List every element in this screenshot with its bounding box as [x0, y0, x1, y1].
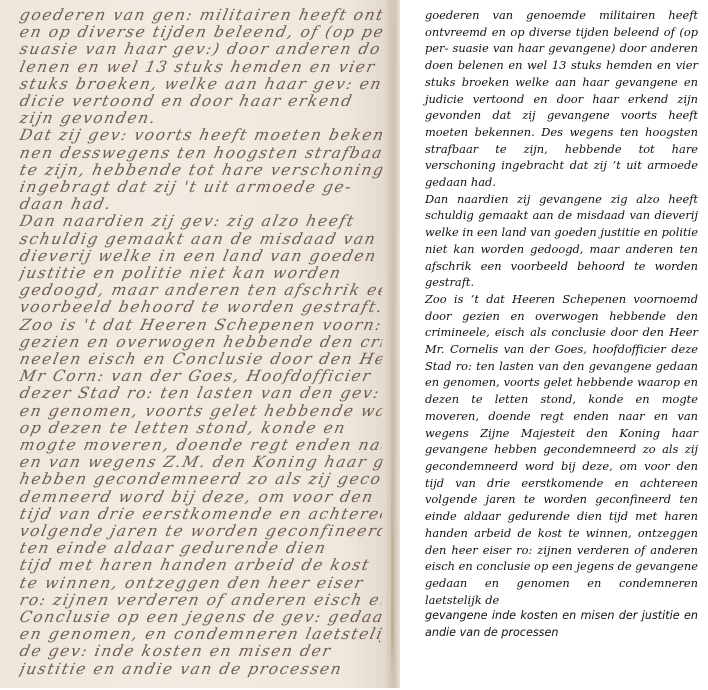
manuscript-line: mogte moveren, doende regt enden naar [18, 436, 384, 454]
manuscript-line: tijd van drie eerstkomende en achtereen [18, 505, 384, 523]
manuscript-line: daan had. [18, 195, 384, 213]
manuscript-line: hebben gecondemneerd zo als zij gecon- [18, 470, 384, 488]
manuscript-line: te zijn, hebbende tot hare verschoning [18, 161, 384, 179]
manuscript-line: en genomen, voorts gelet hebbende waar- [18, 402, 384, 420]
manuscript-line: Dan naardien zij gev: zig alzo heeft [18, 212, 384, 230]
manuscript-line: goederen van gen: militairen heeft ontvr… [18, 6, 384, 24]
manuscript-line: justitie en andie van de processen [18, 660, 384, 678]
manuscript-line: ro: zijnen verderen of anderen eisch en [18, 591, 384, 609]
manuscript-line: Zoo is 't dat Heeren Schepenen voorn: do… [18, 316, 384, 334]
transcription-paragraph-2: Dan naardien zij gevangene zig alzo heef… [425, 191, 698, 291]
manuscript-line: Dat zij gev: voorts heeft moeten beken- [18, 126, 384, 144]
manuscript-line: ingebragt dat zij 't uit armoede ge- [18, 178, 384, 196]
manuscript-line: gezien en overwogen hebbende den crimi- [18, 333, 384, 351]
manuscript-line: neelen eisch en Conclusie door den Heer [18, 350, 384, 368]
manuscript-image: goederen van gen: militairen heeft ontvr… [0, 0, 400, 688]
manuscript-line: voorbeeld behoord te worden gestraft. [18, 298, 384, 316]
transcription-paragraph-3: Zoo is ’t dat Heeren Schepenen voornoemd… [425, 291, 698, 608]
manuscript-line: te winnen, ontzeggen den heer eiser [18, 574, 384, 592]
manuscript-line: dicie vertoond en door haar erkend [18, 92, 384, 110]
manuscript-line: en op diverse tijden beleend, of (op per… [18, 23, 384, 41]
manuscript-line: demneerd word bij deze, om voor den [18, 488, 384, 506]
manuscript-line: justitie en politie niet kan worden [18, 264, 384, 282]
transcription-paragraph-4: gevangene inde kosten en misen der justi… [425, 608, 698, 641]
manuscript-line: schuldig gemaakt aan de misdaad van [18, 230, 384, 248]
manuscript-line: op dezen te letten stond, konde en [18, 419, 384, 437]
manuscript-line: Mr Corn: van der Goes, Hoofdofficier [18, 367, 384, 385]
manuscript-line: zijn gevonden. [18, 109, 384, 127]
manuscript-line: suasie van haar gev:) door anderen doen … [18, 40, 384, 58]
transcription-paragraph-1: goederen van genoemde militairen heeft o… [425, 7, 698, 191]
manuscript-line: dezer Stad ro: ten lasten van den gev: g… [18, 384, 384, 402]
manuscript-line: dieverij welke in een land van goeden [18, 247, 384, 265]
manuscript-line: Conclusie op een jegens de gev: gedaan, [18, 608, 384, 626]
manuscript-line: lenen en wel 13 stuks hemden en vier [18, 58, 384, 76]
manuscript-line: stuks broeken, welke aan haar gev: en ju… [18, 75, 384, 93]
manuscript-line: gedoogd, maar anderen ten afschrik een [18, 281, 384, 299]
manuscript-line: de gev: inde kosten en misen der [18, 642, 384, 660]
manuscript-line: ten einde aldaar gedurende dien [18, 539, 384, 557]
manuscript-line: en van wegens Z.M. den Koning haar ge- [18, 453, 384, 471]
transcription-text: goederen van genoemde militairen heeft o… [425, 7, 698, 642]
manuscript-line: tijd met haren handen arbeid de kost [18, 556, 384, 574]
manuscript-line: en genomen, en condemneren laetstelijk [18, 625, 384, 643]
manuscript-line: nen desswegens ten hoogsten strafbaar [18, 144, 384, 162]
manuscript-line: volgende jaren te worden geconfineerd [18, 522, 384, 540]
